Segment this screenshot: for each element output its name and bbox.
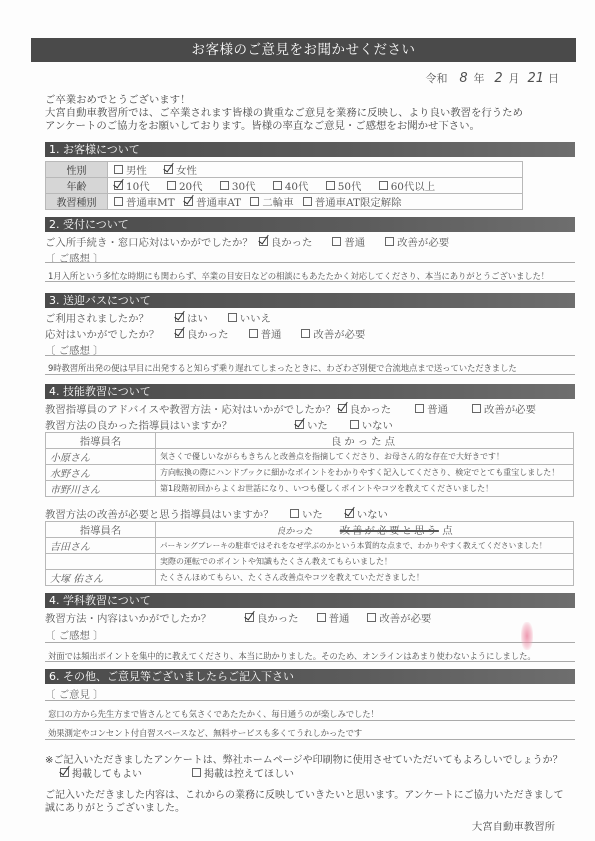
checkbox-checked-icon[interactable] [164,165,173,174]
red-ink-stamp-mark [521,622,533,650]
row-label: 性別 [46,162,108,178]
checkbox-age-50s[interactable]: 50代 [326,178,362,193]
date-month-value[interactable]: 2 [492,71,504,86]
thanks-text: ご記入いただきました内容は、これからの業務に反映していきたいと思います。アンケー… [45,789,575,815]
instructor-point[interactable]: 実際の運転でのポイントや知識もたくさん教えてもらいました！ [156,554,574,570]
checkbox-checked-icon[interactable] [245,613,254,622]
section-header-other-feedback: 6. その他、ご意見等ございましたらご記入下さい [45,669,575,684]
improve-instructor-table: 指導員名 良かった 改善が必要と思う 点 吉田さん パーキングブレーキの駐車では… [45,521,574,586]
checkbox-needs-improvement[interactable]: 改善が必要 [301,326,365,341]
checkbox-normal[interactable]: 普通 [317,610,350,625]
checkbox-icon[interactable] [301,329,310,338]
checkbox-icon[interactable] [350,420,359,429]
thanks-line: 誠にありがとうございました。 [45,802,575,815]
checkbox-icon[interactable] [379,181,388,190]
checkbox-icon[interactable] [249,329,258,338]
checkbox-label: いた [307,417,328,432]
row-label: 年齢 [46,178,108,194]
good-instructor-row: 教習方法の良かった指導員はいますか？ いた いない [45,417,407,432]
checkbox-label: 10代 [126,178,150,193]
feedback-line-1[interactable]: 窓口の方から先生方まで皆さんとても気さくであたたかく、毎日通うのが楽しみでした！ [48,708,379,720]
question-text: ご利用されましたか？ [45,310,175,325]
checkbox-mt[interactable]: 普通車MT [114,194,175,209]
date-year-label: 年 [473,70,484,86]
checkbox-label: いない [357,506,388,521]
section-header-shuttle-bus: 3. 送迎バスについて [45,293,575,308]
row-label: 教習種別 [46,194,108,210]
checkbox-age-30s[interactable]: 30代 [220,178,256,193]
checkbox-icon[interactable] [367,613,376,622]
checkbox-icon[interactable] [114,197,123,206]
age-options: 10代 20代 30代 40代 50代 60代以上 [108,178,523,194]
checkbox-checked-icon[interactable] [295,420,304,429]
feedback-line-2[interactable]: 効果測定やコンセント付自習スペースなど、無料サービスも多くてうれしかったです [48,727,362,739]
comment-label: 〔 ご感想 〕 [45,627,104,642]
instructor-good-point[interactable]: 気さくで優しいながらもきちんと改善点を指摘してくださり、お母さん的な存在で大好き… [156,449,574,465]
date-row: 令和 8 年 2 月 21 日 [425,70,567,86]
checkbox-checked-icon[interactable] [259,237,268,246]
instructor-advice-row: 教習指導員のアドバイスや教習方法・応対はいかがでしたか？ 良かった 普通 改善が… [45,401,550,416]
checkbox-label: 50代 [338,178,362,193]
checkbox-normal[interactable]: 普通 [415,401,448,416]
table-header-row: 指導員名 良かった点 [46,433,574,449]
divider [45,355,575,356]
divider [45,700,575,701]
column-header-instructor: 指導員名 [46,433,156,449]
column-header-good-points: 良かった点 [156,433,574,449]
date-day-value[interactable]: 21 [527,71,544,86]
table-row: 実際の運転でのポイントや知識もたくさん教えてもらいました！ [46,554,574,570]
section-header-driving-lessons: 4. 技能教習について [45,384,575,399]
checkbox-label: 良かった [271,234,313,249]
checkbox-label: いない [362,417,393,432]
section-header-reception: 2. 受付について [45,217,575,232]
table-row: 教習種別 普通車MT 普通車AT 二輪車 普通車AT限定解除 [46,194,523,210]
checkbox-checked-icon[interactable] [175,329,184,338]
header-suffix: 点 [442,525,452,537]
checkbox-good[interactable]: 良かった [245,610,299,625]
struck-header-text: 改善が必要と思う [340,525,439,537]
divider [45,642,575,643]
instructor-point[interactable]: パーキングブレーキの駐車ではそれをなぜ学ぶのかという本質的な点まで、わかりやすく… [156,538,574,554]
checkbox-good[interactable]: 良かった [259,234,313,249]
checkbox-needs-improvement[interactable]: 改善が必要 [385,234,449,249]
instructor-good-point[interactable]: 方向転換の際にハンドブックに細かなポイントをわかりやすく記入してくださり、検定で… [156,465,574,481]
customer-info-table: 性別 男性 女性 年齢 10代 20代 30代 40代 50代 60代以上 教習… [45,161,523,210]
checkbox-good[interactable]: 良かった [175,326,229,341]
survey-page: お客様のご意見をお聞かせください 令和 8 年 2 月 21 日 ご卒業おめでと… [0,0,595,841]
checkbox-icon[interactable] [472,404,481,413]
checkbox-icon[interactable] [290,509,299,518]
question-text: 教習指導員のアドバイスや教習方法・応対はいかがでしたか？ [45,401,336,416]
table-row: 市野川さん 第1段階初回からよくお世話になり、いつも優しくポイントやコツを教えて… [46,481,574,497]
intro-line: ご卒業おめでとうございます！ [45,94,575,107]
divider [45,661,575,662]
date-era: 令和 [425,70,447,86]
bus-service-row: 応対はいかがでしたか？ 良かった 普通 改善が必要 [45,326,379,341]
intro-line: アンケートのご協力をお願いしております。皆様の率直なご意見・ご感想をお聞かせ下さ… [45,120,575,133]
checkbox-at[interactable]: 普通車AT [184,194,241,209]
checkbox-label: 良かった [350,401,392,416]
checkbox-label: 女性 [176,162,197,177]
checkbox-no[interactable]: いいえ [228,310,271,325]
column-header-instructor: 指導員名 [46,522,156,538]
header-text: 良かった点 [331,436,398,448]
checkbox-needs-improvement[interactable]: 改善が必要 [472,401,536,416]
divider [45,739,575,740]
checkbox-yes[interactable]: はい [175,310,208,325]
school-signature: 大宮自動車教習所 [472,818,555,833]
instructor-name[interactable]: 吉田さん [46,538,156,554]
checkbox-label: 掲載は控えてほしい [204,765,294,780]
section-header-classroom-lessons: 4. 学科教習について [45,593,575,608]
checkbox-icon[interactable] [167,181,176,190]
checkbox-age-10s[interactable]: 10代 [114,178,150,193]
checkbox-label: 二輪車 [262,194,293,209]
checkbox-icon[interactable] [192,768,201,777]
table-row: 水野さん 方向転換の際にハンドブックに細かなポイントをわかりやすく記入してくださ… [46,465,574,481]
checkbox-checked-icon[interactable] [114,181,123,190]
divider [45,720,575,721]
checkbox-icon[interactable] [228,313,237,322]
intro-text: ご卒業おめでとうございます！ 大宮自動車教習所では、ご卒業されます皆様の貴重なご… [45,94,575,133]
comment-label: 〔 ご意見 〕 [45,686,104,701]
checkbox-age-20s[interactable]: 20代 [167,178,203,193]
checkbox-label: 普通 [344,234,365,249]
course-options: 普通車MT 普通車AT 二輪車 普通車AT限定解除 [108,194,523,210]
checkbox-normal[interactable]: 普通 [332,234,365,249]
good-instructor-table: 指導員名 良かった点 小原さん 気さくで優しいながらもきちんと改善点を指摘してく… [45,432,574,497]
checkbox-checked-icon[interactable] [60,768,69,777]
date-year-value[interactable]: 8 [457,71,469,86]
checkbox-was-not[interactable]: いない [345,506,388,521]
instructor-name[interactable]: 大塚 佑さん [46,570,156,586]
checkbox-label: 普通車AT限定解除 [315,194,402,209]
checkbox-label: 普通車AT [196,194,241,209]
checkbox-publish-decline[interactable]: 掲載は控えてほしい [192,765,294,780]
publication-consent-options: 掲載してもよい 掲載は控えてほしい [60,765,308,780]
reception-question-row: ご入所手続き・窓口応対はいかがでしたか？ 良かった 普通 改善が必要 [45,234,463,249]
checkbox-label: いいえ [240,310,271,325]
column-header-points: 良かった 改善が必要と思う 点 [156,522,574,538]
question-text: 応対はいかがでしたか？ [45,326,175,341]
checkbox-label: 改善が必要 [313,326,365,341]
instructor-good-point[interactable]: 第1段階初回からよくお世話になり、いつも優しくポイントやコツを教えてくださいまし… [156,481,574,497]
divider [45,262,575,263]
checkbox-label: 60代以上 [391,178,435,193]
checkbox-label: 改善が必要 [397,234,449,249]
checkbox-label: 良かった [257,610,299,625]
checkbox-was-not[interactable]: いない [350,417,393,432]
intro-line: 大宮自動車教習所では、ご卒業されます皆様の貴重なご意見を業務に反映し、より良い教… [45,107,575,120]
checkbox-age-60s-plus[interactable]: 60代以上 [379,178,435,193]
checkbox-checked-icon[interactable] [345,509,354,518]
table-row: 性別 男性 女性 [46,162,523,178]
divider [45,374,575,375]
question-text: 教習方法の改善が必要と思う指導員はいますか？ [45,506,290,521]
classroom-question-row: 教習方法・内容はいかがでしたか？ 良かった 普通 改善が必要 [45,610,445,625]
improve-instructor-row: 教習方法の改善が必要と思う指導員はいますか？ いた いない [45,506,402,521]
bus-comment[interactable]: 9時教習所出発の便は早目に出発すると知らず乗り遅れてしまったときに、わざわざ別便… [48,362,517,374]
checkbox-publish-ok[interactable]: 掲載してもよい [60,765,142,780]
checkbox-icon[interactable] [220,181,229,190]
checkbox-label: 20代 [179,178,203,193]
checkbox-male[interactable]: 男性 [114,162,147,177]
checkbox-label: 改善が必要 [379,610,431,625]
checkbox-label: いた [302,506,323,521]
checkbox-motorcycle[interactable]: 二輪車 [250,194,293,209]
checkbox-label: 良かった [187,326,229,341]
checkbox-female[interactable]: 女性 [164,162,197,177]
checkbox-at-limit-removal[interactable]: 普通車AT限定解除 [303,194,402,209]
checkbox-normal[interactable]: 普通 [249,326,282,341]
table-row: 大塚 佑さん たくさんほめてもらい、たくさん改善点やコツを教えていただきました！ [46,570,574,586]
checkbox-icon[interactable] [317,613,326,622]
checkbox-label: 40代 [285,178,309,193]
instructor-name[interactable]: 小原さん [46,449,156,465]
question-text: ご入所手続き・窓口応対はいかがでしたか？ [45,234,253,249]
checkbox-label: 30代 [232,178,256,193]
checkbox-label: はい [187,310,208,325]
instructor-point[interactable]: たくさんほめてもらい、たくさん改善点やコツを教えていただきました！ [156,570,574,586]
question-text: 教習方法・内容はいかがでしたか？ [45,610,245,625]
checkbox-icon[interactable] [326,181,335,190]
checkbox-label: 普通 [261,326,282,341]
checkbox-icon[interactable] [385,237,394,246]
checkbox-was[interactable]: いた [290,506,323,521]
checkbox-label: 男性 [126,162,147,177]
checkbox-checked-icon[interactable] [184,197,193,206]
section-header-customer: 1. お客様について [45,142,575,157]
checkbox-icon[interactable] [415,404,424,413]
instructor-name[interactable] [46,554,156,570]
page-title: お客様のご意見をお聞かせください [31,38,576,62]
checkbox-label: 普通車MT [126,194,175,209]
date-day-label: 日 [548,70,559,86]
question-text: 教習方法の良かった指導員はいますか？ [45,417,295,432]
table-row: 小原さん 気さくで優しいながらもきちんと改善点を指摘してくださり、お母さん的な存… [46,449,574,465]
checkbox-icon[interactable] [332,237,341,246]
date-month-label: 月 [508,70,519,86]
checkbox-good[interactable]: 良かった [338,401,392,416]
checkbox-label: 普通 [427,401,448,416]
publication-consent-question: ※ご記入いただきましたアンケートは、弊社ホームページや印刷物に使用させていただい… [45,751,563,766]
bus-usage-row: ご利用されましたか？ はい いいえ [45,310,285,325]
checkbox-label: 掲載してもよい [72,765,142,780]
divider [45,281,575,282]
checkbox-checked-icon[interactable] [338,404,347,413]
gender-options: 男性 女性 [108,162,523,178]
thanks-line: ご記入いただきました内容は、これからの業務に反映していきたいと思います。アンケー… [45,789,575,802]
checkbox-icon[interactable] [250,197,259,206]
instructor-name[interactable]: 水野さん [46,465,156,481]
table-row: 年齢 10代 20代 30代 40代 50代 60代以上 [46,178,523,194]
checkbox-was[interactable]: いた [295,417,328,432]
instructor-name[interactable]: 市野川さん [46,481,156,497]
table-header-row: 指導員名 良かった 改善が必要と思う 点 [46,522,574,538]
checkbox-icon[interactable] [303,197,312,206]
checkbox-checked-icon[interactable] [175,313,184,322]
checkbox-age-40s[interactable]: 40代 [273,178,309,193]
table-row: 吉田さん パーキングブレーキの駐車ではそれをなぜ学ぶのかという本質的な点まで、わ… [46,538,574,554]
checkbox-icon[interactable] [273,181,282,190]
checkbox-label: 普通 [329,610,350,625]
handwritten-header-correction: 良かった [276,527,312,537]
checkbox-needs-improvement[interactable]: 改善が必要 [367,610,431,625]
checkbox-label: 改善が必要 [484,401,536,416]
checkbox-icon[interactable] [114,165,123,174]
